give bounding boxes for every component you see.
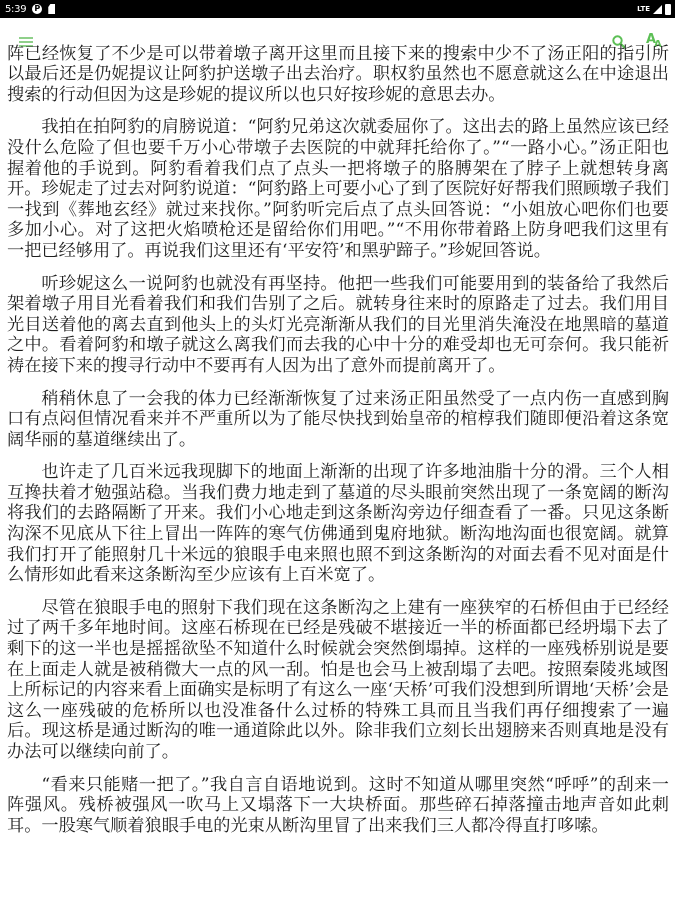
status-bar: 5:39 P LTE [0,0,675,18]
paragraph: 也许走了几百米远我现脚下的地面上渐渐的出现了许多地油脂十分的滑。三个人相互搀扶着… [7,462,669,586]
paragraph: 我拍在拍阿豹的肩膀说道：“阿豹兄弟这次就委屈你了。这出去的路上虽然应该已经没什么… [7,117,669,261]
p-circle-icon: P [32,4,42,14]
sd-card-icon [48,4,55,14]
chapter-text: 为了这个事让大家冒险再继续往下走实在是太危险了但好在汤正阳经过我们的休息了一阵已… [7,40,669,848]
paragraph: 听珍妮这么一说阿豹也就没有再坚持。他把一些我们可能要用到的装备给了我然后架着墩子… [7,274,669,377]
reader-content[interactable]: 为了这个事让大家冒险再继续往下走实在是太危险了但好在汤正阳经过我们的休息了一阵已… [0,40,675,900]
status-time: 5:39 [5,4,26,15]
paragraph: 稍稍休息了一会我的体力已经渐渐恢复了过来汤正阳虽然受了一点内伤一直感到胸口有点闷… [7,389,669,451]
paragraph: 尽管在狼眼手电的照射下我们现在这条断沟之上建有一座狭窄的石桥但由于已经经过了两千… [7,598,669,763]
paragraph: 为了这个事让大家冒险再继续往下走实在是太危险了但好在汤正阳经过我们的休息了一阵已… [7,40,669,105]
status-right: LTE [637,4,675,15]
status-left: 5:39 P [0,4,55,15]
network-type: LTE [637,5,650,13]
battery-icon [665,4,671,15]
paragraph: “看来只能赌一把了。”我自言自语地说到。这时不知道从哪里突然“呼呼”的刮来一阵强… [7,775,669,837]
cell-signal-icon [653,5,662,14]
